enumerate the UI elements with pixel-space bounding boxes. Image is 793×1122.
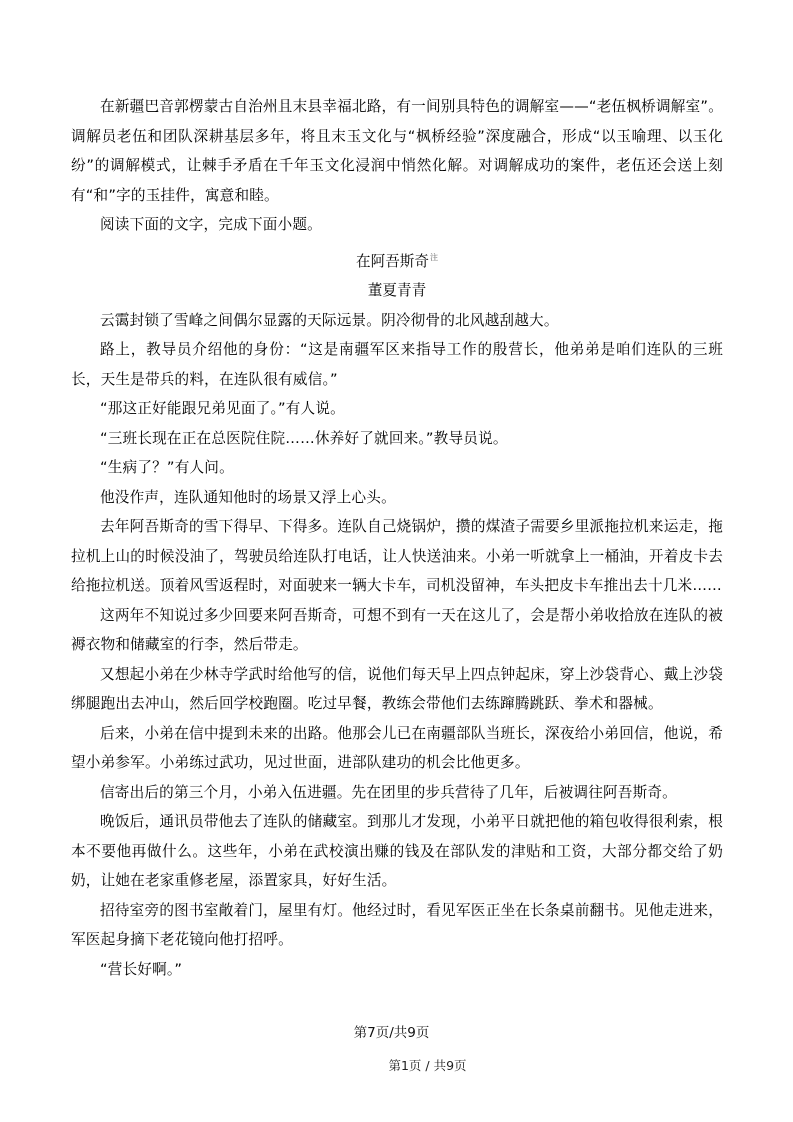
story-paragraph: 去年阿吾斯奇的雪下得早、下得多。连队自己烧锅炉，攒的煤渣子需要乡里派拖拉机来运走… — [71, 512, 723, 601]
story-paragraph: “三班长现在正在总医院住院……休养好了就回来。”教导员说。 — [71, 424, 723, 454]
story-paragraph: “那这正好能跟兄弟见面了。”有人说。 — [71, 394, 723, 424]
story-paragraph: 晚饭后，通讯员带他去了连队的储藏室。到那儿才发现，小弟平日就把他的箱包收得很利索… — [71, 807, 723, 896]
story-title: 在阿吾斯奇注 — [71, 243, 723, 277]
story-paragraph: 云霭封锁了雪峰之间偶尔显露的天际远景。阴冷彻骨的北风越刮越大。 — [71, 306, 723, 336]
inner-page-number: 第7页/共9页 — [0, 1023, 793, 1043]
story-paragraph: 又想起小弟在少林寺学武时给他写的信，说他们每天早上四点钟起床，穿上沙袋背心、戴上… — [71, 660, 723, 719]
story-paragraph: 后来，小弟在信中提到未来的出路。他那会儿已在南疆部队当班长，深夜给小弟回信，他说… — [71, 719, 723, 778]
story-author: 董夏青青 — [71, 276, 723, 306]
document-page: 在新疆巴音郭楞蒙古自治州且末县幸福北路，有一间别具特色的调解室——“老伍枫桥调解… — [71, 92, 723, 984]
story-paragraph: 招待室旁的图书室敞着门，屋里有灯。他经过时，看见军医正坐在长条桌前翻书。见他走进… — [71, 896, 723, 955]
story-paragraph: “营长好啊。” — [71, 955, 723, 985]
story-title-text: 在阿吾斯奇 — [356, 253, 429, 270]
outer-page-number: 第1页 / 共9页 — [0, 1056, 793, 1076]
reading-instruction: 阅读下面的文字，完成下面小题。 — [71, 210, 723, 240]
story-paragraph: 这两年不知说过多少回要来阿吾斯奇，可想不到有一天在这儿了，会是帮小弟收拾放在连队… — [71, 601, 723, 660]
intro-paragraph: 在新疆巴音郭楞蒙古自治州且末县幸福北路，有一间别具特色的调解室——“老伍枫桥调解… — [71, 92, 723, 210]
story-paragraph: 他没作声，连队通知他时的场景又浮上心头。 — [71, 483, 723, 513]
story-paragraph: 信寄出后的第三个月，小弟入伍进疆。先在团里的步兵营待了几年，后被调往阿吾斯奇。 — [71, 778, 723, 808]
story-paragraph: “生病了？”有人问。 — [71, 453, 723, 483]
story-paragraph: 路上，教导员介绍他的身份：“这是南疆军区来指导工作的殷营长，他弟弟是咱们连队的三… — [71, 335, 723, 394]
title-footnote-marker: 注 — [430, 253, 438, 262]
